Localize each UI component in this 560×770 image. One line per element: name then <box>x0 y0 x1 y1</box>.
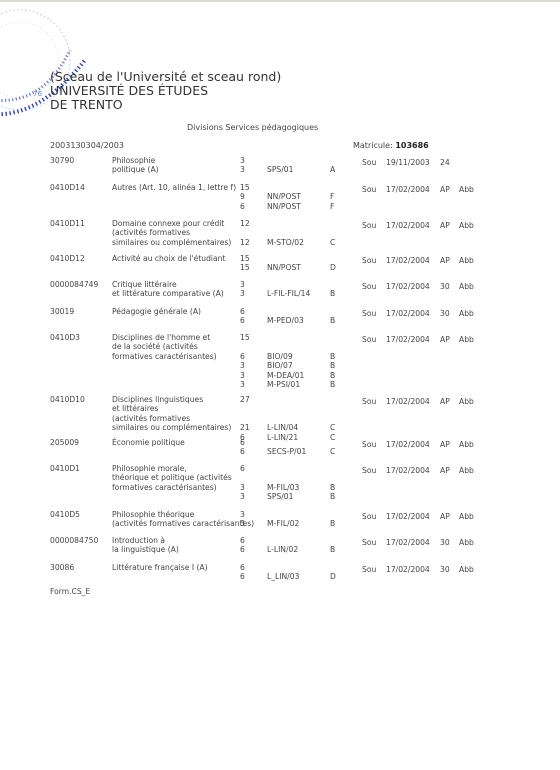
activity-type: B <box>330 545 335 554</box>
sub-credits: 12 <box>240 238 250 247</box>
exam-type: Sou <box>362 256 376 265</box>
seal-caption: (Sceau de l'Université et sceau rond) <box>50 70 281 84</box>
note: Abb <box>459 282 474 291</box>
sub-credits: 3 <box>240 361 245 370</box>
course-title: Domaine connexe pour crédit <box>112 219 224 228</box>
course-title: de la société (activités <box>112 342 198 351</box>
course-code: 0410D1 <box>50 464 80 473</box>
university-name-line1: UNIVERSITÉ DES ÉTUDES <box>50 84 281 98</box>
course-title: formatives caractérisantes) <box>112 352 217 361</box>
sector-code: NN/POST <box>267 202 301 211</box>
division-title: Divisions Services pédagogiques <box>187 123 318 132</box>
credits-total: 12 <box>240 219 250 228</box>
course-code: 0410D5 <box>50 510 80 519</box>
sector-code: L-FIL-FIL/14 <box>267 289 310 298</box>
sector-code: NN/POST <box>267 192 301 201</box>
activity-type: B <box>330 316 335 325</box>
sector-code: M-FIL/03 <box>267 483 299 492</box>
note: Abb <box>459 185 474 194</box>
exam-date: 17/02/2004 <box>386 466 430 475</box>
sub-credits: 21 <box>240 423 250 432</box>
credits-total: 3 <box>240 510 245 519</box>
grade: 30 <box>440 309 450 318</box>
course-title: formatives caractérisantes) <box>112 483 217 492</box>
credits-total: 6 <box>240 307 245 316</box>
exam-date: 17/02/2004 <box>386 256 430 265</box>
activity-type: F <box>330 192 334 201</box>
note: Abb <box>459 309 474 318</box>
matricule-label: Matricule: <box>353 141 393 150</box>
exam-date: 17/02/2004 <box>386 221 430 230</box>
credits-total: 6 <box>240 438 245 447</box>
course-title: similaires ou complémentaires) <box>112 423 231 432</box>
exam-date: 17/02/2004 <box>386 512 430 521</box>
course-title: Philosophie théorique <box>112 510 194 519</box>
sector-code: M-PSI/01 <box>267 380 300 389</box>
activity-type: B <box>330 361 335 370</box>
activity-type: C <box>330 238 335 247</box>
activity-type: B <box>330 483 335 492</box>
activity-type: B <box>330 289 335 298</box>
sub-credits: 6 <box>240 447 245 456</box>
exam-type: Sou <box>362 538 376 547</box>
grade: 24 <box>440 158 450 167</box>
grade: AP <box>440 221 450 230</box>
credits-total: 15 <box>240 254 250 263</box>
course-title: la linguistique (A) <box>112 545 179 554</box>
course-code: 30019 <box>50 307 74 316</box>
credits-total: 3 <box>240 156 245 165</box>
grade: AP <box>440 335 450 344</box>
activity-type: B <box>330 492 335 501</box>
course-title: Pédagogie générale (A) <box>112 307 201 316</box>
exam-type: Sou <box>362 335 376 344</box>
exam-date: 17/02/2004 <box>386 538 430 547</box>
activity-type: B <box>330 352 335 361</box>
course-code: 30086 <box>50 563 74 572</box>
course-title: théorique et politique (activités <box>112 473 232 482</box>
sector-code: M-STO/02 <box>267 238 304 247</box>
activity-type: D <box>330 572 336 581</box>
activity-type: D <box>330 263 336 272</box>
credits-total: 6 <box>240 464 245 473</box>
exam-type: Sou <box>362 158 376 167</box>
activity-type: B <box>330 380 335 389</box>
sub-credits: 15 <box>240 263 250 272</box>
credits-total: 27 <box>240 395 250 404</box>
course-code: 0000084750 <box>50 536 98 545</box>
course-title: Autres (Art. 10, alinéa 1, lettre f) <box>112 183 236 192</box>
course-code: 0410D12 <box>50 254 85 263</box>
sector-code: SPS/01 <box>267 165 293 174</box>
exam-type: Sou <box>362 397 376 406</box>
matricule: Matricule: 103686 <box>353 141 429 150</box>
exam-date: 17/02/2004 <box>386 185 430 194</box>
grade: AP <box>440 397 450 406</box>
activity-type: C <box>330 433 335 442</box>
grade: AP <box>440 256 450 265</box>
course-code: 0000084749 <box>50 280 98 289</box>
note: Abb <box>459 397 474 406</box>
document-header: (Sceau de l'Université et sceau rond) UN… <box>50 70 281 112</box>
exam-date: 17/02/2004 <box>386 335 430 344</box>
sub-credits: 3 <box>240 492 245 501</box>
sector-code: BIO/07 <box>267 361 293 370</box>
exam-date: 17/02/2004 <box>386 565 430 574</box>
course-title: Critique littéraire <box>112 280 177 289</box>
note: Abb <box>459 565 474 574</box>
sector-code: M-PED/03 <box>267 316 304 325</box>
sector-code: SECS-P/01 <box>267 447 306 456</box>
sector-code: L_LIN/03 <box>267 572 299 581</box>
exam-type: Sou <box>362 466 376 475</box>
exam-type: Sou <box>362 282 376 291</box>
sector-code: BIO/09 <box>267 352 293 361</box>
course-code: 0410D14 <box>50 183 85 192</box>
course-code: 205009 <box>50 438 79 447</box>
credits-total: 6 <box>240 536 245 545</box>
sub-credits: 3 <box>240 519 245 528</box>
note: Abb <box>459 335 474 344</box>
sub-credits: 3 <box>240 483 245 492</box>
matricule-value: 103686 <box>395 141 428 150</box>
exam-type: Sou <box>362 309 376 318</box>
course-title: Philosophie <box>112 156 155 165</box>
grade: AP <box>440 466 450 475</box>
grade: AP <box>440 512 450 521</box>
sub-credits: 3 <box>240 165 245 174</box>
activity-type: B <box>330 371 335 380</box>
course-code: 0410D3 <box>50 333 80 342</box>
sector-code: M-DEA/01 <box>267 371 304 380</box>
activity-type: B <box>330 519 335 528</box>
activity-type: A <box>330 165 335 174</box>
course-title: et littéraires <box>112 404 158 413</box>
form-code: Form.CS_E <box>50 587 90 596</box>
sub-credits: 6 <box>240 572 245 581</box>
sub-credits: 6 <box>240 316 245 325</box>
sector-code: L-LIN/04 <box>267 423 298 432</box>
note: Abb <box>459 440 474 449</box>
grade: 30 <box>440 282 450 291</box>
exam-type: Sou <box>362 185 376 194</box>
course-title: Économie politique <box>112 438 185 447</box>
sector-code: L-LIN/21 <box>267 433 298 442</box>
sub-credits: 3 <box>240 371 245 380</box>
course-title: Activité au choix de l'étudiant <box>112 254 225 263</box>
course-title: Introduction à <box>112 536 165 545</box>
exam-date: 17/02/2004 <box>386 440 430 449</box>
exam-type: Sou <box>362 512 376 521</box>
note: Abb <box>459 221 474 230</box>
exam-date: 17/02/2004 <box>386 282 430 291</box>
sector-code: NN/POST <box>267 263 301 272</box>
course-title: (activités formatives caractérisantes) <box>112 519 254 528</box>
note: Abb <box>459 538 474 547</box>
activity-type: C <box>330 423 335 432</box>
exam-date: 19/11/2003 <box>386 158 430 167</box>
note: Abb <box>459 512 474 521</box>
sub-credits: 9 <box>240 192 245 201</box>
university-name-line2: DE TRENTO <box>50 98 281 112</box>
credits-total: 3 <box>240 280 245 289</box>
note: Abb <box>459 466 474 475</box>
sub-credits: 6 <box>240 202 245 211</box>
course-title: Littérature française I (A) <box>112 563 208 572</box>
grade: 30 <box>440 538 450 547</box>
sector-code: SPS/01 <box>267 492 293 501</box>
course-title: et littérature comparative (A) <box>112 289 224 298</box>
course-title: (activités formatives <box>112 414 190 423</box>
grade: AP <box>440 440 450 449</box>
course-title: (activités formatives <box>112 228 190 237</box>
sub-credits: 3 <box>240 289 245 298</box>
exam-date: 17/02/2004 <box>386 309 430 318</box>
grade: AP <box>440 185 450 194</box>
activity-type: C <box>330 447 335 456</box>
credits-total: 6 <box>240 563 245 572</box>
sector-code: M-FIL/02 <box>267 519 299 528</box>
activity-type: F <box>330 202 334 211</box>
course-title: Philosophie morale, <box>112 464 187 473</box>
course-title: politique (A) <box>112 165 159 174</box>
grade: 30 <box>440 565 450 574</box>
reference-number: 2003130304/2003 <box>50 141 124 150</box>
credits-total: 15 <box>240 183 250 192</box>
course-title: Disciplines de l'homme et <box>112 333 210 342</box>
exam-type: Sou <box>362 440 376 449</box>
note: Abb <box>459 256 474 265</box>
exam-type: Sou <box>362 565 376 574</box>
sub-credits: 6 <box>240 545 245 554</box>
course-code: 0410D11 <box>50 219 85 228</box>
course-title: Disciplines linguistiques <box>112 395 203 404</box>
sub-credits: 6 <box>240 352 245 361</box>
exam-date: 17/02/2004 <box>386 397 430 406</box>
credits-total: 15 <box>240 333 250 342</box>
exam-type: Sou <box>362 221 376 230</box>
course-title: similaires ou complémentaires) <box>112 238 231 247</box>
course-code: 0410D10 <box>50 395 85 404</box>
sub-credits: 3 <box>240 380 245 389</box>
svg-text:76: 76 <box>33 90 42 98</box>
sector-code: L-LIN/02 <box>267 545 298 554</box>
course-code: 30790 <box>50 156 74 165</box>
